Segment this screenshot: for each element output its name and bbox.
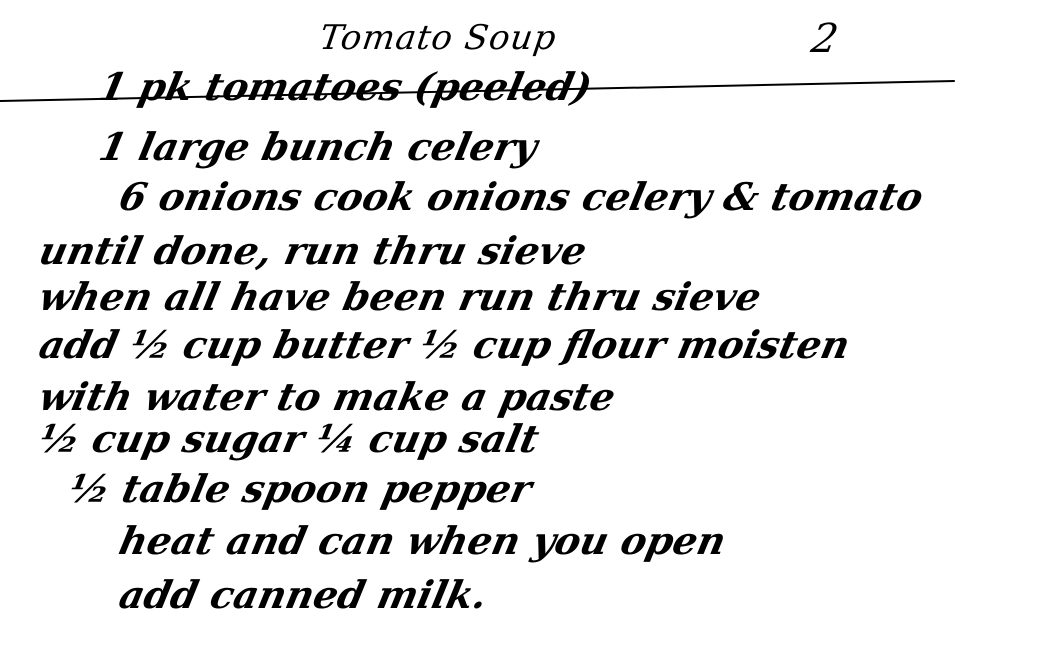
ingredient-pepper: ½ table spoon pepper	[66, 470, 535, 508]
ingredient-tomatoes: 1 pk tomatoes (peeled)	[96, 68, 595, 106]
instruction-line: add canned milk.	[116, 576, 491, 614]
instruction-line: heat and can when you open	[116, 522, 729, 560]
instruction-line: until done, run thru sieve	[36, 232, 590, 270]
instruction-line: add ½ cup butter ½ cup flour moisten	[36, 326, 853, 364]
page-number: 2	[808, 16, 842, 62]
recipe-card: Tomato Soup 2 1 pk tomatoes (peeled) 1 l…	[0, 0, 1044, 653]
ingredient-onions: 6 onions cook onions celery & tomato	[116, 178, 927, 216]
instruction-line: with water to make a paste	[36, 378, 619, 416]
ingredient-sugar-salt: ½ cup sugar ¼ cup salt	[36, 420, 542, 458]
recipe-title: Tomato Soup	[317, 18, 559, 58]
ingredient-celery: 1 large bunch celery	[96, 128, 541, 166]
instruction-line: when all have been run thru sieve	[36, 278, 765, 316]
